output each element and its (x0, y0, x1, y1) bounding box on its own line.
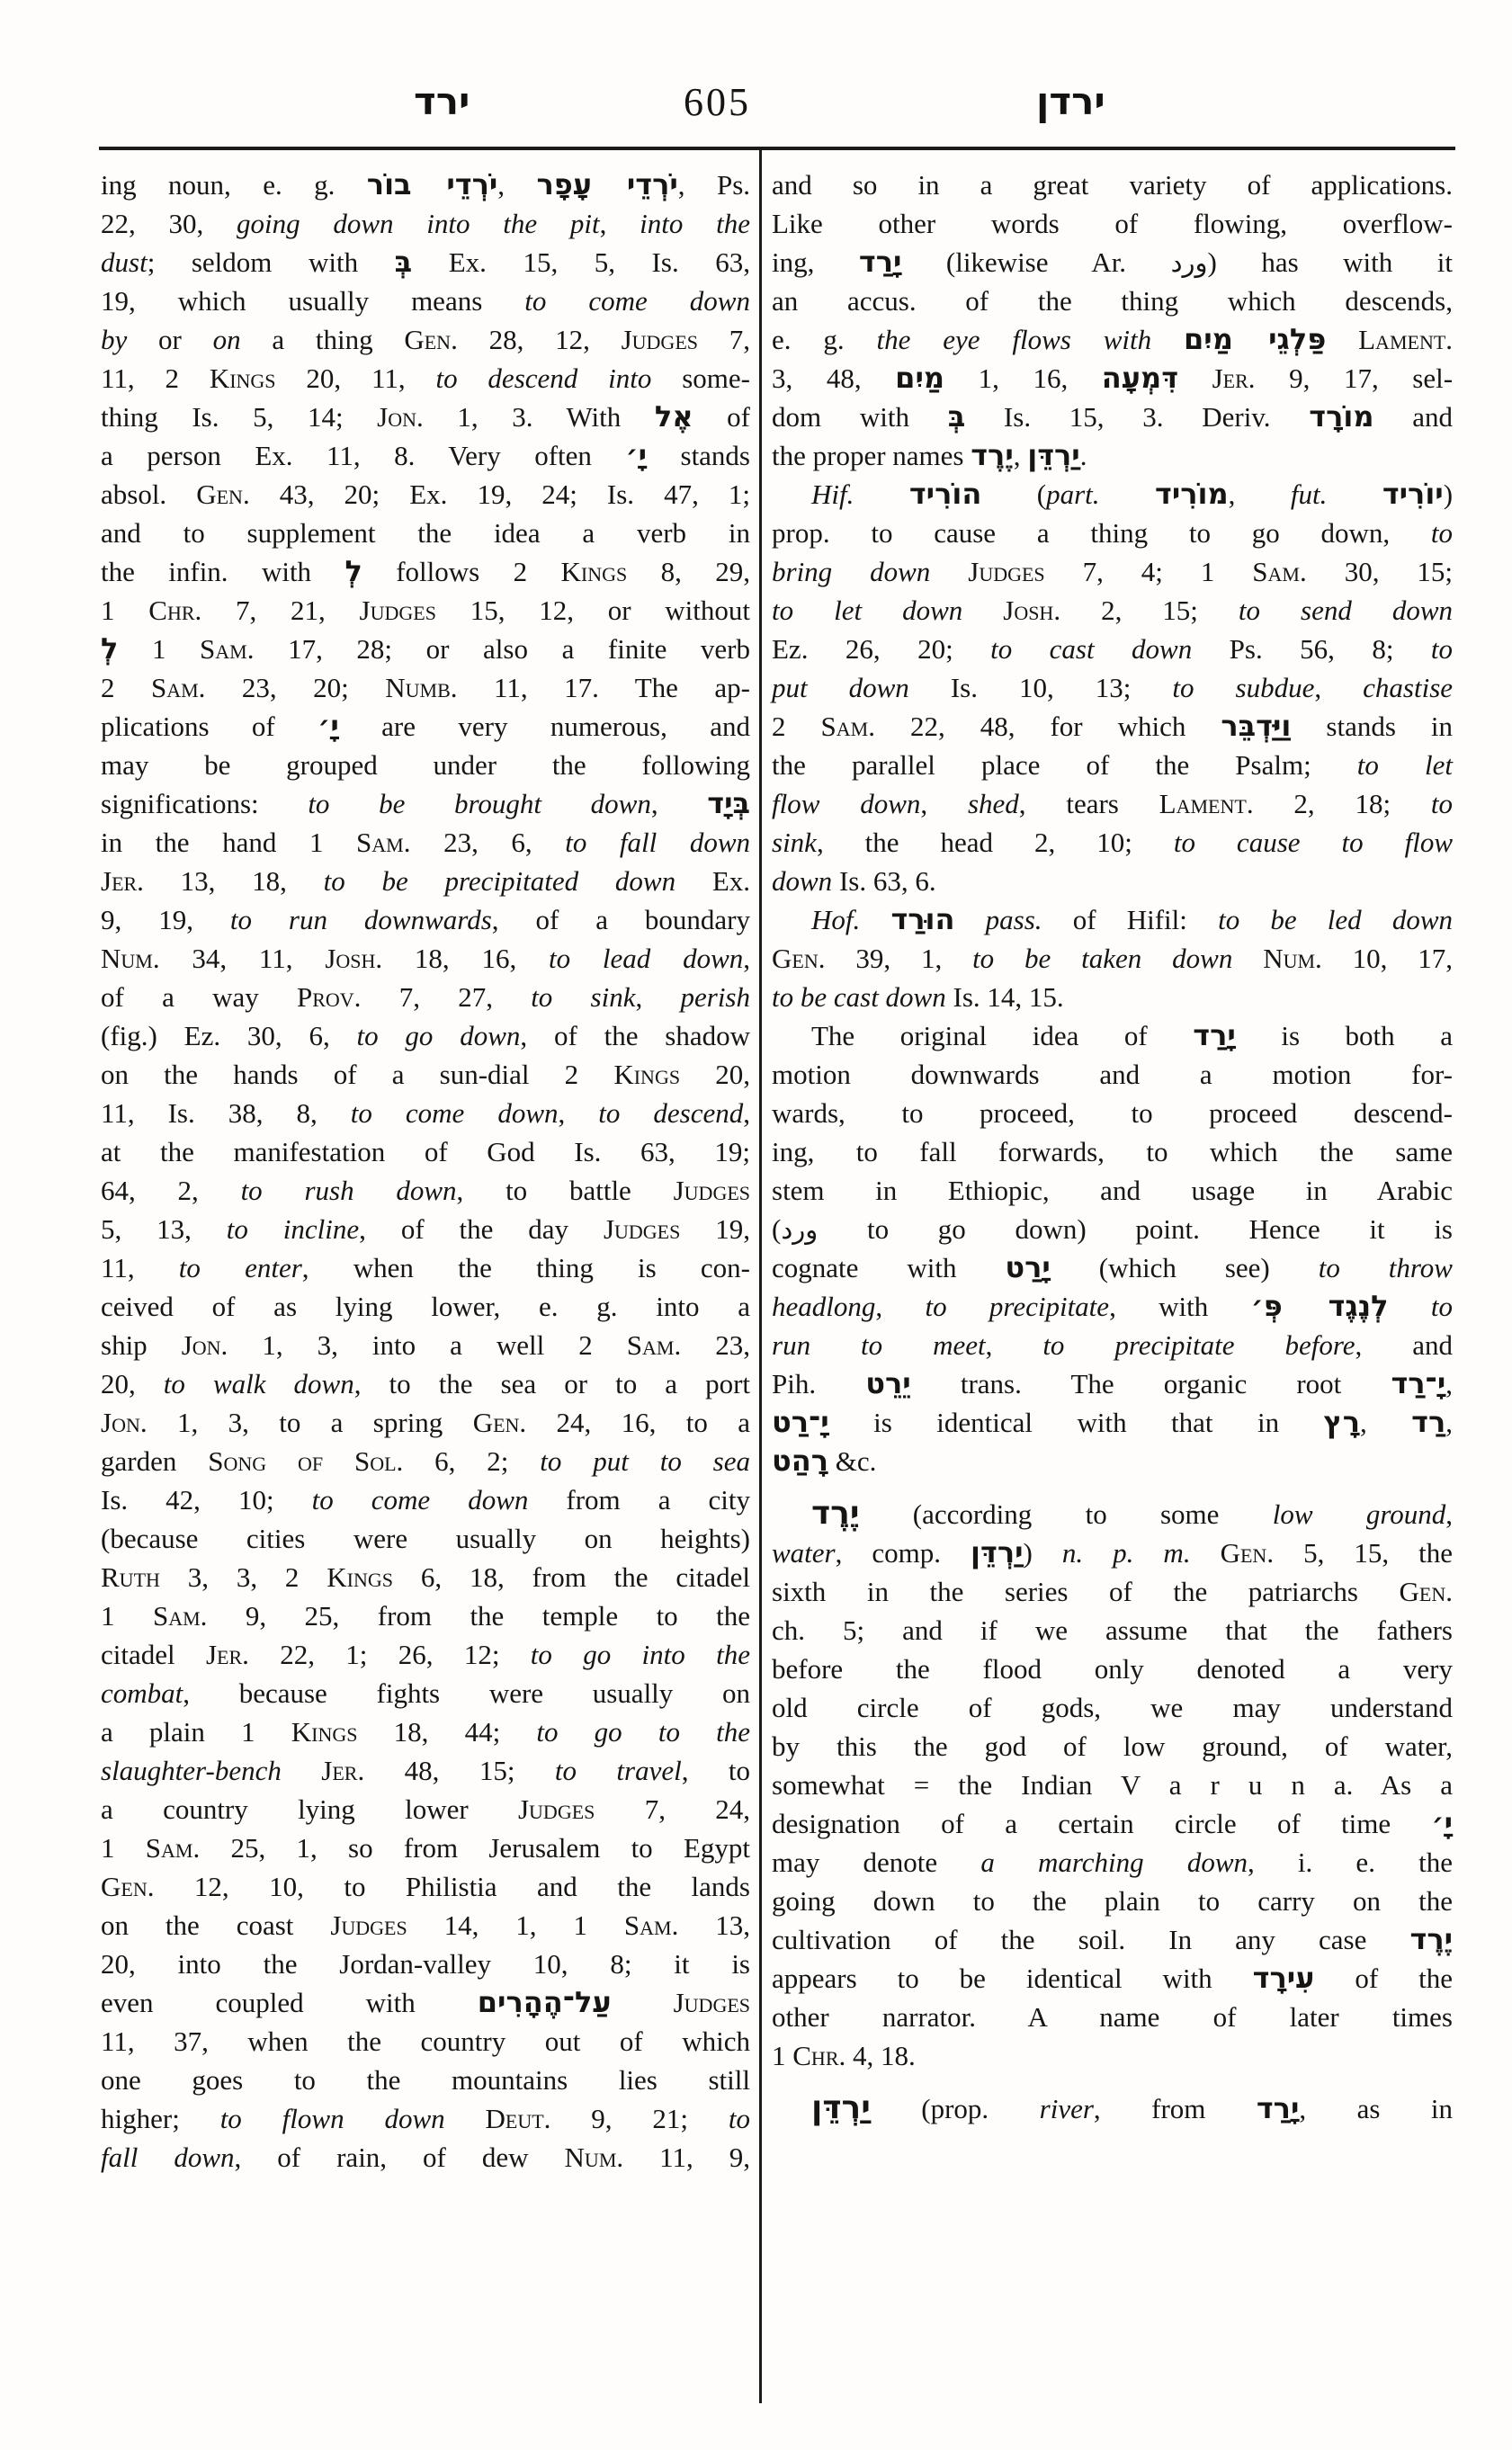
text-run: 28, 12, (458, 324, 622, 355)
hebrew-text: רַד (1411, 1405, 1445, 1439)
text-run: slaughter-bench (101, 1755, 282, 1786)
text-line: on the coast Judges 14, 1, 1 Sam. 13, (101, 1906, 750, 1945)
text-run: Jer. (101, 865, 144, 897)
text-run: , the head 2, 10; (817, 827, 1174, 858)
text-run: 20, (101, 1368, 164, 1399)
text-run: may denote (772, 1846, 980, 1878)
text-run: on the hands of a sun-dial 2 (101, 1059, 613, 1090)
text-run: 23, 20; (205, 672, 385, 703)
text-run: to cast down (990, 633, 1192, 665)
text-run: 15, 12, or without (436, 595, 750, 626)
text-run: absol. (101, 478, 196, 510)
text-line: יָ־רַט is identical with that in רָץ, רַ… (772, 1403, 1453, 1442)
text-run: , when the thing is con- (302, 1252, 750, 1283)
text-run: ing, to fall forwards, to which the same (772, 1136, 1453, 1167)
text-line: Jon. 1, 3, to a spring Gen. 24, 16, to a (101, 1403, 750, 1442)
text-run (962, 595, 1003, 626)
text-run: stands (647, 440, 750, 471)
hebrew-text: יֶרֶד (1410, 1922, 1454, 1956)
text-run: trans. The organic root (911, 1368, 1391, 1399)
text-run: The original idea of (811, 1020, 1193, 1051)
text-line: ing noun, e. g. יֹרְדֵי בוֹר, יֹרְדֵי עָ… (101, 165, 750, 204)
text-line: headlong, to precipitate, with לְנֶגֶד פ… (772, 1287, 1453, 1326)
text-run: even coupled with (101, 1987, 478, 2018)
text-run: to come down (351, 1097, 559, 1129)
text-run: , (497, 169, 536, 201)
text-run: combat (101, 1677, 183, 1709)
text-run: dust (101, 246, 148, 278)
text-run: n. p. m. (1062, 1537, 1191, 1569)
text-line: going down to the plain to carry on the (772, 1882, 1453, 1920)
text-run: higher; (101, 2103, 220, 2134)
text-run (1178, 362, 1212, 394)
text-run: is identical with that in (829, 1407, 1324, 1438)
text-line: other narrator. A name of later times (772, 1998, 1453, 2036)
text-run: Is. 15, 3. Deriv. (965, 401, 1309, 433)
text-line: 20, into the Jordan-valley 10, 8; it is (101, 1945, 750, 1983)
text-run: 1, 3. With (424, 401, 655, 433)
text-run: to (1431, 788, 1453, 819)
text-line: 5, 13, to incline, of the day Judges 19, (101, 1210, 750, 1248)
text-run: 5, 13, (101, 1213, 227, 1245)
text-run: the parallel place of the Psalm; (772, 749, 1357, 781)
hebrew-text: דִּמְעָה (1102, 361, 1178, 395)
text-run: a country lying lower (101, 1793, 518, 1825)
text-line: 1 Chr. 4, 18. (772, 2036, 1453, 2075)
text-run: 3, 3, 2 (160, 1561, 327, 1593)
text-run: (because cities were usually on heights) (101, 1523, 750, 1554)
text-run: Josh. (1003, 595, 1060, 626)
hebrew-text: בְּ (948, 399, 966, 434)
text-run (930, 556, 968, 587)
text-run: in the hand 1 (101, 827, 356, 858)
text-run: Ps. 56, 8; (1192, 633, 1431, 665)
text-run: follows 2 (362, 556, 561, 587)
text-line: to be cast down Is. 14, 15. (772, 978, 1453, 1016)
text-run: , (743, 1097, 750, 1129)
text-run: to send down (1239, 595, 1453, 626)
text-run: ; seldom with (148, 246, 395, 278)
text-line: 11, to enter, when the thing is con- (101, 1248, 750, 1287)
text-run: Ruth (101, 1561, 160, 1593)
text-run: , with (1109, 1291, 1251, 1322)
text-run (445, 2103, 486, 2134)
text-line: the infin. with לְ follows 2 Kings 8, 29… (101, 552, 750, 591)
text-run: Judges (622, 324, 698, 355)
text-line: wards, to proceed, to proceed descend- (772, 1094, 1453, 1132)
text-run: 9, 17, sel- (1256, 362, 1454, 394)
text-line: 9, 19, to run downwards, of a boundary (101, 900, 750, 939)
page-number: 605 (684, 83, 751, 122)
text-run: 24, 16, to a (526, 1407, 750, 1438)
text-run: 30, 15; (1307, 556, 1453, 587)
text-run: 1, 3, into a well 2 (228, 1329, 626, 1361)
text-run: Kings (210, 362, 276, 394)
text-run: is both a (1236, 1020, 1453, 1051)
text-run: dom with (772, 401, 948, 433)
text-run: Deut. (486, 2103, 551, 2134)
text-run: to throw (1319, 1252, 1453, 1283)
text-line: somewhat = the Indian V a r u n a. As a (772, 1766, 1453, 1804)
text-line: stem in Ethiopic, and usage in Arabic (772, 1171, 1453, 1210)
hebrew-text: יֶרֶד (971, 438, 1014, 472)
text-run: 7, 21, (201, 595, 359, 626)
text-run: , (1314, 672, 1363, 703)
text-run: (which see) (1051, 1252, 1319, 1283)
text-run (612, 1987, 674, 2018)
text-run: Gen. (1400, 1576, 1453, 1607)
text-run: Ex. (675, 865, 750, 897)
text-line: may denote a marching down, i. e. the (772, 1843, 1453, 1882)
hebrew-text: רָהַט (772, 1444, 828, 1478)
text-run: Hof. (811, 904, 860, 935)
text-run: 8, 29, (627, 556, 750, 587)
text-run: Num. (565, 2142, 624, 2173)
text-run: to go down (357, 1020, 521, 1051)
hebrew-text: מוֹרָד (1309, 399, 1373, 434)
text-run: , (920, 788, 968, 819)
text-line: motion downwards and a motion for- (772, 1055, 1453, 1094)
text-line: and to supplement the idea a verb in (101, 514, 750, 552)
text-line: run to meet, to precipitate before, and (772, 1326, 1453, 1364)
text-run: 6, 18, from the citadel (393, 1561, 750, 1593)
text-run: low ground (1273, 1498, 1446, 1530)
hebrew-text: יֵרֵט (865, 1366, 910, 1400)
text-run: Gen. (772, 943, 825, 974)
text-run: run to meet (772, 1329, 986, 1361)
text-run: , (636, 981, 681, 1013)
text-run: prop. to cause a thing to go down, (772, 517, 1431, 549)
text-run: pass. (986, 904, 1042, 935)
text-run: Is. 42, 10; (101, 1484, 312, 1516)
text-run: 13, (678, 1909, 750, 1941)
text-run: 2, 15; (1060, 595, 1239, 626)
text-run: to (1431, 517, 1453, 549)
text-run: motion downwards and a motion for- (772, 1059, 1453, 1090)
text-run: river (1040, 2093, 1094, 2124)
text-run: flow down (772, 788, 920, 819)
text-line: 11, 2 Kings 20, 11, to descend into some… (101, 359, 750, 398)
hebrew-text: יָ־רַט (772, 1405, 829, 1439)
text-run: shed (968, 788, 1019, 819)
text-line: in the hand 1 Sam. 23, 6, to fall down (101, 823, 750, 862)
text-run: Gen. (1221, 1537, 1274, 1569)
text-run: 1 (118, 633, 200, 665)
text-run: one goes to the mountains lies still (101, 2064, 750, 2096)
text-run: 48, 15; (364, 1755, 555, 1786)
text-line: 19, which usually means to come down (101, 282, 750, 320)
text-run: a plain 1 (101, 1716, 291, 1748)
text-run: 11, 17. The ap- (458, 672, 750, 703)
text-run: , of the day (359, 1213, 604, 1245)
text-run: the eye flows with (877, 324, 1152, 355)
text-line: Gen. 12, 10, to Philistia and the lands (101, 1867, 750, 1906)
text-run: , of a boundary (492, 904, 750, 935)
text-run: , tears (1019, 788, 1159, 819)
text-run: 6, 2; (403, 1445, 540, 1477)
text-run: put down (772, 672, 909, 703)
text-run: headlong (772, 1291, 875, 1322)
hebrew-text: יֶרֶד (811, 1495, 859, 1532)
text-run: to flown down (220, 2103, 445, 2134)
text-line: a plain 1 Kings 18, 44; to go to the (101, 1712, 750, 1751)
text-run: Sam. (151, 672, 205, 703)
text-run: the proper names (772, 440, 971, 471)
text-line: at the manifestation of God Is. 63, 19; (101, 1132, 750, 1171)
text-run: 7, 27, (361, 981, 531, 1013)
text-run: 11, 2 (101, 362, 210, 394)
text-line: (ورد to go down) point. Hence it is (772, 1210, 1453, 1248)
text-run: part. (1046, 478, 1099, 510)
text-run: Kings (291, 1716, 358, 1748)
text-line: 2 Sam. 23, 20; Numb. 11, 17. The ap- (101, 668, 750, 707)
hebrew-text: יַרְדֵּן (1027, 438, 1079, 472)
text-run: chastise (1363, 672, 1453, 703)
text-run: 23, (681, 1329, 750, 1361)
text-line: before the flood only denoted a very (772, 1650, 1453, 1688)
text-run (854, 478, 908, 510)
text-run: to precipitate before (1042, 1329, 1355, 1361)
text-run: sink (772, 827, 817, 858)
text-run: Gen. (101, 1871, 154, 1902)
text-line: לְ 1 Sam. 17, 28; or also a finite verb (101, 630, 750, 668)
text-run: , (986, 1329, 1043, 1361)
text-run: ) has with it (1208, 246, 1454, 278)
column-divider (759, 150, 762, 2403)
text-run: 18, 16, (382, 943, 549, 974)
text-line: 2 Sam. 22, 48, for which וַיַּדְבֵּר sta… (772, 707, 1453, 746)
text-run: and to supplement the idea a verb in (101, 517, 750, 549)
text-line: 3, 48, מַיִם 1, 16, דִּמְעָה Jer. 9, 17,… (772, 359, 1453, 398)
text-line: combat, because fights were usually on (101, 1674, 750, 1712)
text-run: into the (640, 208, 750, 239)
text-run: some- (651, 362, 750, 394)
text-run: Is. 14, 15. (946, 981, 1064, 1013)
text-line: and so in a great variety of application… (772, 165, 1453, 204)
text-line: The original idea of יָרַד is both a (772, 1016, 1453, 1055)
text-line: put down Is. 10, 13; to subdue, chastise (772, 668, 1453, 707)
text-run: Judges (968, 556, 1044, 587)
header-rule (99, 147, 1455, 150)
text-run: 64, 2, (101, 1175, 241, 1206)
text-run: to sink (531, 981, 635, 1013)
text-line: old circle of gods, we may understand (772, 1688, 1453, 1727)
hebrew-text: מַיִם (895, 361, 944, 395)
text-run: e. g. (772, 324, 877, 355)
text-run: Sam. (1252, 556, 1306, 587)
text-run: to (729, 2103, 750, 2134)
text-line: Pih. יֵרֵט trans. The organic root יָ־רַ… (772, 1364, 1453, 1403)
text-run: a person Ex. 11, 8. Very often (101, 440, 625, 471)
text-line: Gen. 39, 1, to be taken down Num. 10, 17… (772, 939, 1453, 978)
text-run: 39, 1, (825, 943, 972, 974)
hebrew-text: הוּרַד (890, 902, 954, 936)
text-line: Hif. הוֹרִיד (part. מוֹרִיד, fut. יוֹרִי… (772, 475, 1453, 514)
text-run: Ex. 15, 5, Is. 63, (412, 246, 750, 278)
text-line: ing, יָרַד (likewise Ar. ورد) has with i… (772, 243, 1453, 282)
text-run: an accus. of the thing which descends, (772, 285, 1453, 317)
text-line: higher; to flown down Deut. 9, 21; to (101, 2099, 750, 2138)
text-run: to descend (598, 1097, 743, 1129)
text-line: dust; seldom with בְּ Ex. 15, 5, Is. 63, (101, 243, 750, 282)
text-line: cognate with יָרַט (which see) to throw (772, 1248, 1453, 1287)
text-run: ing noun, e. g. (101, 169, 367, 201)
text-run: , (1445, 1498, 1453, 1530)
text-line: thing Is. 5, 14; Jon. 1, 3. With אֶל of (101, 398, 750, 436)
hebrew-text: יָ׳ (625, 438, 647, 472)
text-line: ship Jon. 1, 3, into a well 2 Sam. 23, (101, 1326, 750, 1364)
text-run: 19, which usually means (101, 285, 524, 317)
text-run: to (1431, 1291, 1453, 1322)
text-run: 1, 16, (944, 362, 1102, 394)
text-run: , and (1355, 1329, 1453, 1361)
text-run: to go to the (536, 1716, 750, 1748)
text-line: sink, the head 2, 10; to cause to flow (772, 823, 1453, 862)
text-run: 2, 18; (1254, 788, 1431, 819)
text-run: 4, 18. (845, 2040, 916, 2071)
text-run: , to battle (457, 1175, 674, 1206)
hebrew-text: יֹרְדֵי בוֹר (367, 167, 498, 201)
text-run: , (1445, 1368, 1453, 1399)
text-run: Gen. (404, 324, 457, 355)
text-line: 22, 30, going down into the pit, into th… (101, 204, 750, 243)
text-run: , from (1094, 2093, 1257, 2124)
text-line: dom with בְּ Is. 15, 3. Deriv. מוֹרָד an… (772, 398, 1453, 436)
text-line: Num. 34, 11, Josh. 18, 16, to lead down, (101, 939, 750, 978)
text-run: 34, 11, (160, 943, 326, 974)
text-line: 20, to walk down, to the sea or to a por… (101, 1364, 750, 1403)
text-run (282, 1755, 321, 1786)
text-run (860, 904, 890, 935)
text-run: cognate with (772, 1252, 1005, 1283)
text-run: Sam. (146, 1832, 200, 1864)
text-run: Lament. (1358, 324, 1453, 355)
text-run: to be led down (1218, 904, 1453, 935)
text-run: 22, 30, (101, 208, 237, 239)
text-run: 25, 1, so from Jerusalem to Egypt (200, 1832, 750, 1864)
text-run: to put to sea (540, 1445, 750, 1477)
text-run: the infin. with (101, 556, 344, 587)
text-line: Jer. 13, 18, to be precipitated down Ex. (101, 862, 750, 900)
text-run: (likewise Ar. (901, 246, 1170, 278)
text-line: of a way Prov. 7, 27, to sink, perish (101, 978, 750, 1016)
text-run: to let (1357, 749, 1453, 781)
text-run: Sam. (821, 711, 875, 742)
text-run: to travel (555, 1755, 682, 1786)
text-run: going down into the pit (237, 208, 600, 239)
text-run: , i. e. the (1248, 1846, 1453, 1878)
text-run: ship (101, 1329, 182, 1361)
text-line: 64, 2, to rush down, to battle Judges (101, 1171, 750, 1210)
text-run: 43, 20; Ex. 19, 24; Is. 47, 1; (250, 478, 750, 510)
text-run: , of the shadow (520, 1020, 750, 1051)
text-line: prop. to cause a thing to go down, to (772, 514, 1453, 552)
text-run (1389, 1291, 1431, 1322)
text-run: 1 (101, 1600, 153, 1632)
text-line: יַרְדֵּן (prop. river, from יָרַד, as in (772, 2089, 1453, 2128)
text-run: Jon. (377, 401, 424, 433)
text-run: , (1360, 1407, 1411, 1438)
text-run: 9, 19, (101, 904, 230, 935)
text-run: to be brought down (308, 788, 651, 819)
text-line: 11, 37, when the country out of which (101, 2022, 750, 2061)
hebrew-text: יָרַט (1005, 1250, 1050, 1284)
text-run: 22, 1; 26, 12; (249, 1639, 531, 1670)
text-run: Judges (674, 1987, 750, 2018)
page-container: ירד 605 ירדן ing noun, e. g. יֹרְדֵי בוֹ… (0, 0, 1512, 2450)
text-line: (because cities were usually on heights) (101, 1519, 750, 1558)
text-run: to be cast down (772, 981, 946, 1013)
hebrew-text: אֶל (655, 399, 693, 434)
text-line: (fig.) Ez. 30, 6, to go down, of the sha… (101, 1016, 750, 1055)
text-run: Sam. (153, 1600, 207, 1632)
hebrew-text: יָרַד (859, 245, 902, 279)
text-line: 1 Sam. 9, 25, from the temple to the (101, 1596, 750, 1635)
text-run: 9, 21; (550, 2103, 728, 2134)
text-line: even coupled with עַל־הֶהָרִים Judges (101, 1983, 750, 2022)
text-line: sixth in the series of the patriarchs Ge… (772, 1572, 1453, 1611)
text-line: 1 Chr. 7, 21, Judges 15, 12, or without (101, 591, 750, 630)
text-run: 1 (772, 2040, 792, 2071)
text-run: to walk down (164, 1368, 354, 1399)
text-run: 3, 48, (772, 362, 895, 394)
text-line: by or on a thing Gen. 28, 12, Judges 7, (101, 320, 750, 359)
text-run (1232, 943, 1263, 974)
text-run: 18, 44; (358, 1716, 537, 1748)
text-run: &c. (828, 1445, 876, 1477)
hebrew-text: יָרַד (1193, 1018, 1236, 1052)
text-run: before the flood only denoted a very (772, 1653, 1453, 1685)
text-run: citadel (101, 1639, 206, 1670)
text-run: bring down (772, 556, 930, 587)
text-run: Judges (518, 1793, 595, 1825)
hebrew-text: מוֹרִיד (1155, 477, 1229, 511)
text-run: Kings (560, 556, 627, 587)
text-run: to be taken down (972, 943, 1232, 974)
text-run: 11, 37, when the country out of which (101, 2025, 750, 2057)
hebrew-text: יָ׳ (318, 709, 339, 743)
hebrew-text: עַל־הֶהָרִים (478, 1985, 612, 2019)
text-line: plications of יָ׳ are very numerous, and (101, 707, 750, 746)
text-run: a marching down (980, 1846, 1248, 1878)
text-run: Chr. (148, 595, 201, 626)
text-run: to run downwards (230, 904, 492, 935)
text-run: to fall down (565, 827, 750, 858)
text-line: garden Song of Sol. 6, 2; to put to sea (101, 1442, 750, 1480)
text-line: one goes to the mountains lies still (101, 2061, 750, 2099)
text-run: to enter (179, 1252, 302, 1283)
text-run: of the (1314, 1963, 1453, 1994)
text-run: (fig.) Ez. 30, 6, (101, 1020, 357, 1051)
text-run: of Hifil: (1042, 904, 1219, 935)
text-run: Sam. (356, 827, 410, 858)
text-run: to precipitate (925, 1291, 1109, 1322)
text-run: thing Is. 5, 14; (101, 401, 377, 433)
text-run: , (559, 1097, 599, 1129)
text-line: יֶרֶד (according to some low ground, (772, 1495, 1453, 1533)
text-run: Num. (1263, 943, 1322, 974)
text-line: an accus. of the thing which descends, (772, 282, 1453, 320)
text-run: Num. (101, 943, 160, 974)
text-line: ing, to fall forwards, to which the same (772, 1132, 1453, 1171)
hebrew-text: בְּיָד (707, 786, 750, 820)
text-run: 10, 17, (1322, 943, 1453, 974)
text-line: 1 Sam. 25, 1, so from Jerusalem to Egypt (101, 1829, 750, 1867)
text-run: Jer. (206, 1639, 249, 1670)
text-run: designation of a certain circle of time (772, 1808, 1431, 1839)
text-run: 13, 18, (144, 865, 324, 897)
text-run: to be precipitated down (324, 865, 675, 897)
